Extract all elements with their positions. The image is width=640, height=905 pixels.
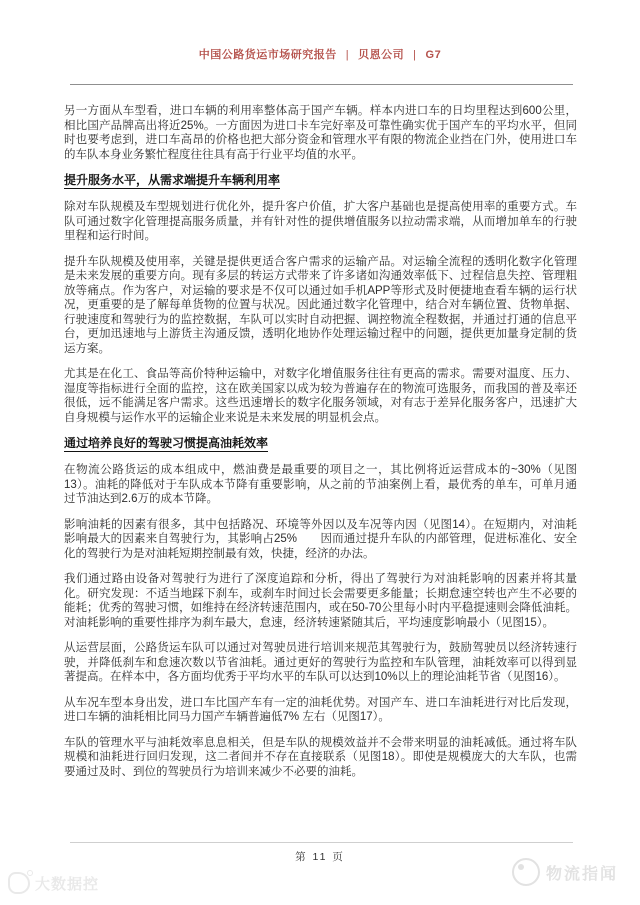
paragraph-special-transport: 尤其是在化工、食品等高价特种运输中，对数字化增值服务往往有更高的需求。需要对温度… [64,367,577,425]
paragraph-vehicle-utilization: 另一方面从车型看，进口车辆的利用率整体高于国产车辆。样本内进口车的日均里程达到6… [64,104,577,162]
watermark-right: 物流指闻 [512,858,618,886]
paragraph-fuel-cost: 在物流公路货运的成本组成中，燃油费是最重要的项目之一，其比例将近运营成本的~30… [64,463,577,507]
watermark-left: 大数据控 [8,872,99,894]
header-divider-line [70,84,573,85]
paragraph-customer-value: 除对车队规模及车型规划进行优化外，提升客户价值，扩大客户基础也是提高使用率的重要… [64,200,577,244]
watermark-left-logo-icon [8,872,30,894]
company-name: 贝恩公司 [358,49,404,61]
report-page: 中国公路货运市场研究报告|贝恩公司|G7 另一方面从车型看，进口车辆的利用率整体… [0,0,640,905]
footer-divider-line [70,842,573,843]
watermark-left-text: 大数据控 [35,873,99,894]
watermark-right-text: 物流指闻 [546,861,618,884]
watermark-right-logo-icon [512,858,540,886]
header-separator: | [413,49,416,61]
paragraph-digital-management: 提升车队规模及使用率，关键是提供更适合客户需求的运输产品。对运输全流程的透明化数… [64,255,577,357]
document-body: 另一方面从车型看，进口车辆的利用率整体高于国产车辆。样本内进口车的日均里程达到6… [64,104,577,790]
paragraph-driving-behavior-analysis: 我们通过路由设备对驾驶行为进行了深度追踪和分析，得出了驾驶行为对油耗影响的因素并… [64,572,577,630]
paragraph-driver-training: 从运营层面，公路货运车队可以通过对驾驶员进行培训来规范其驾驶行为，鼓励驾驶员以经… [64,641,577,685]
header-separator: | [346,49,349,61]
section-heading-text: 提升服务水平，从需求端提升车辆利用率 [64,173,280,189]
paragraph-fleet-scale-regression: 车队的管理水平与油耗效率息息相关，但是车队的规模效益并不会带来明显的油耗减低。通… [64,736,577,780]
section-heading-fuel-efficiency: 通过培养良好的驾驶习惯提高油耗效率 [64,436,577,451]
section-heading-service-level: 提升服务水平，从需求端提升车辆利用率 [64,173,577,188]
report-title: 中国公路货运市场研究报告 [199,49,337,61]
brand-name: G7 [426,49,442,61]
paragraph-fuel-factors: 影响油耗的因素有很多，其中包括路况、环境等外因以及车况等内因（见图14）。在短期… [64,518,577,562]
paragraph-import-fuel-advantage: 从车况车型本身出发，进口车比国产车有一定的油耗优势。对国产车、进口车油耗进行对比… [64,696,577,725]
section-heading-text: 通过培养良好的驾驶习惯提高油耗效率 [64,436,268,452]
page-header: 中国公路货运市场研究报告|贝恩公司|G7 [0,46,640,62]
